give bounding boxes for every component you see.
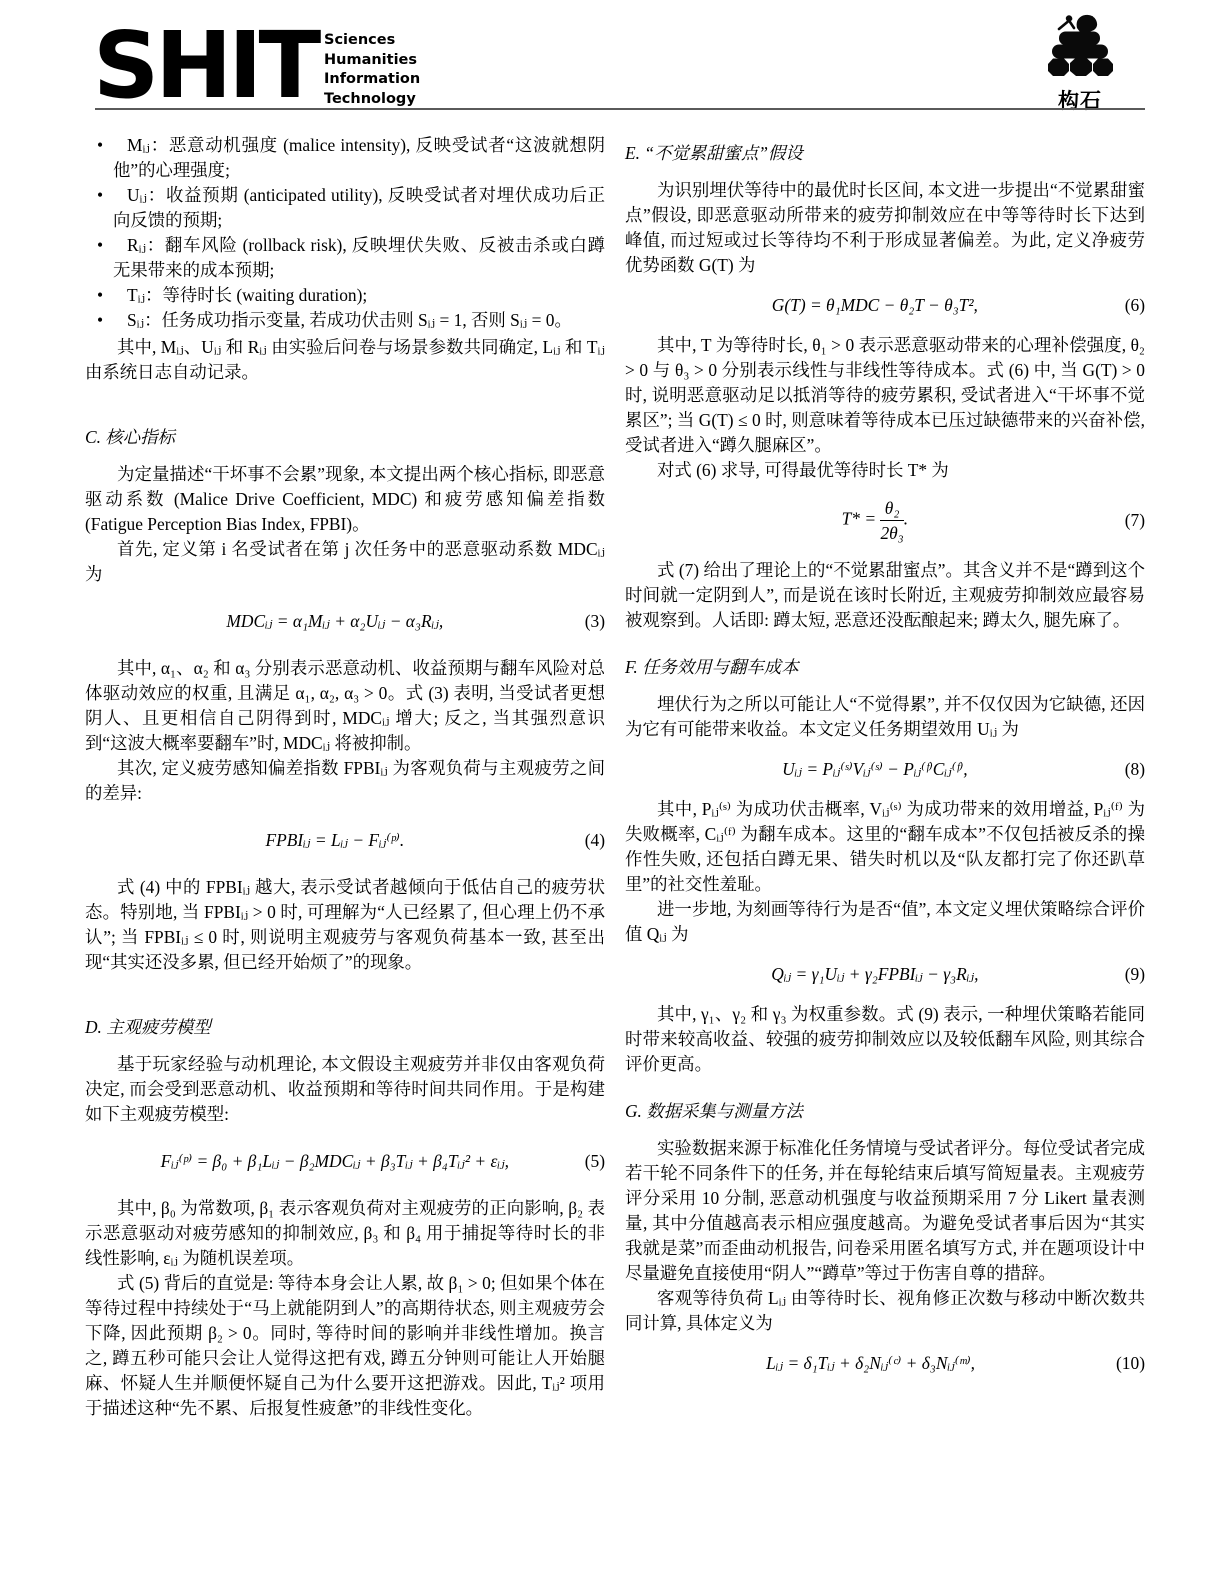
- equation-body: MDCᵢⱼ = α₁Mᵢⱼ + α₂Uᵢⱼ − α₃Rᵢⱼ,: [85, 609, 585, 634]
- paper-body: Mᵢⱼ：恶意动机强度 (malice intensity), 反映受试者“这波就…: [85, 133, 1145, 1421]
- paper-page: SHIT Sciences Humanities Information Tec…: [0, 0, 1224, 1584]
- column-right: E. “不觉累甜蜜点”假设 为识别埋伏等待中的最优时长区间, 本文进一步提出“不…: [625, 133, 1145, 1421]
- equation-number: (5): [585, 1149, 605, 1174]
- journal-subtitle-line: Sciences: [324, 31, 420, 51]
- paragraph: 式 (7) 给出了理论上的“不觉累甜蜜点”。其含义并不是“蹲到这个时间就一定阴到…: [625, 558, 1145, 633]
- equation-body: G(T) = θ₁MDC − θ₂T − θ₃T²,: [625, 293, 1125, 318]
- paragraph: 其中, γ₁、γ₂ 和 γ₃ 为权重参数。式 (9) 表示, 一种埋伏策略若能同…: [625, 1002, 1145, 1077]
- paragraph: 为识别埋伏等待中的最优时长区间, 本文进一步提出“不觉累甜蜜点”假设, 即恶意驱…: [625, 178, 1145, 278]
- journal-subtitle: Sciences Humanities Information Technolo…: [324, 31, 420, 109]
- equation-body: Qᵢⱼ = γ₁Uᵢⱼ + γ₂FPBIᵢⱼ − γ₃Rᵢⱼ,: [625, 962, 1125, 987]
- equation-number: (6): [1125, 293, 1145, 318]
- equation-number: (8): [1125, 757, 1145, 782]
- equation-body: Fᵢⱼ⁽ᵖ⁾ = β₀ + β₁Lᵢⱼ − β₂MDCᵢⱼ + β₃Tᵢⱼ + …: [85, 1149, 585, 1174]
- equation-3: MDCᵢⱼ = α₁Mᵢⱼ + α₂Uᵢⱼ − α₃Rᵢⱼ, (3): [85, 609, 605, 634]
- paragraph: 实验数据来源于标准化任务情境与受试者评分。每位受试者完成若干轮不同条件下的任务,…: [625, 1136, 1145, 1286]
- paragraph: 其次, 定义疲劳感知偏差指数 FPBIᵢⱼ 为客观负荷与主观疲劳之间的差异:: [85, 756, 605, 806]
- equation-10: Lᵢⱼ = δ₁Tᵢⱼ + δ₂Nᵢⱼ⁽ᶜ⁾ + δ₃Nᵢⱼ⁽ᵐ⁾, (10): [625, 1351, 1145, 1376]
- header-divider: [95, 108, 1145, 110]
- equation-9: Qᵢⱼ = γ₁Uᵢⱼ + γ₂FPBIᵢⱼ − γ₃Rᵢⱼ, (9): [625, 962, 1145, 987]
- equation-suffix: .: [904, 509, 908, 529]
- fraction: θ₂ 2θ₃: [880, 498, 903, 543]
- equation-8: Uᵢⱼ = Pᵢⱼ⁽ˢ⁾Vᵢⱼ⁽ˢ⁾ − Pᵢⱼ⁽ᶠ⁾Cᵢⱼ⁽ᶠ⁾, (8): [625, 757, 1145, 782]
- equation-body: T* = θ₂ 2θ₃ .: [625, 498, 1125, 543]
- bullet-item-sij: Sᵢⱼ：任务成功指示变量, 若成功伏击则 Sᵢⱼ = 1, 否则 Sᵢⱼ = 0…: [85, 308, 605, 333]
- fraction-denominator: 2θ₃: [880, 521, 903, 543]
- equation-number: (9): [1125, 962, 1145, 987]
- equation-6: G(T) = θ₁MDC − θ₂T − θ₃T², (6): [625, 293, 1145, 318]
- fraction-numerator: θ₂: [880, 498, 903, 521]
- bullet-item-tij: Tᵢⱼ：等待时长 (waiting duration);: [85, 283, 605, 308]
- equation-number: (7): [1125, 508, 1145, 533]
- equation-7: T* = θ₂ 2θ₃ . (7): [625, 498, 1145, 543]
- paragraph: 首先, 定义第 i 名受试者在第 j 次任务中的恶意驱动系数 MDCᵢⱼ 为: [85, 537, 605, 587]
- journal-subtitle-line: Technology: [324, 90, 420, 110]
- equation-4: FPBIᵢⱼ = Lᵢⱼ − Fᵢⱼ⁽ᵖ⁾. (4): [85, 828, 605, 853]
- paragraph: 基于玩家经验与动机理论, 本文假设主观疲劳并非仅由客观负荷决定, 而会受到恶意动…: [85, 1052, 605, 1127]
- equation-number: (4): [585, 828, 605, 853]
- bullet-item-uij: Uᵢⱼ：收益预期 (anticipated utility), 反映受试者对埋伏…: [85, 183, 605, 233]
- section-heading-c: C. 核心指标: [85, 425, 605, 450]
- paragraph: 式 (4) 中的 FPBIᵢⱼ 越大, 表示受试者越倾向于低估自己的疲劳状态。特…: [85, 875, 605, 975]
- equation-5: Fᵢⱼ⁽ᵖ⁾ = β₀ + β₁Lᵢⱼ − β₂MDCᵢⱼ + β₃Tᵢⱼ + …: [85, 1149, 605, 1174]
- paragraph: 对式 (6) 求导, 可得最优等待时长 T* 为: [625, 458, 1145, 483]
- bullet-item-mij: Mᵢⱼ：恶意动机强度 (malice intensity), 反映受试者“这波就…: [85, 133, 605, 183]
- paragraph: 进一步地, 为刻画等待行为是否“值”, 本文定义埋伏策略综合评价值 Qᵢⱼ 为: [625, 897, 1145, 947]
- equation-body: Uᵢⱼ = Pᵢⱼ⁽ˢ⁾Vᵢⱼ⁽ˢ⁾ − Pᵢⱼ⁽ᶠ⁾Cᵢⱼ⁽ᶠ⁾,: [625, 757, 1125, 782]
- stone-pile-icon: [1042, 14, 1118, 84]
- paragraph: 为定量描述“干坏事不会累”现象, 本文提出两个核心指标, 即恶意驱动系数 (Ma…: [85, 462, 605, 537]
- paragraph: 埋伏行为之所以可能让人“不觉得累”, 并不仅仅因为它缺德, 还因为它有可能带来收…: [625, 692, 1145, 742]
- section-heading-g: G. 数据采集与测量方法: [625, 1099, 1145, 1124]
- equation-body: FPBIᵢⱼ = Lᵢⱼ − Fᵢⱼ⁽ᵖ⁾.: [85, 828, 585, 853]
- section-heading-e: E. “不觉累甜蜜点”假设: [625, 141, 1145, 166]
- equation-number: (10): [1116, 1351, 1145, 1376]
- org-logo: 构石: [1042, 14, 1118, 115]
- equation-number: (3): [585, 609, 605, 634]
- section-heading-f: F. 任务效用与翻车成本: [625, 655, 1145, 680]
- paragraph: 其中, T 为等待时长, θ₁ > 0 表示恶意驱动带来的心理补偿强度, θ₂ …: [625, 333, 1145, 458]
- column-left: Mᵢⱼ：恶意动机强度 (malice intensity), 反映受试者“这波就…: [85, 133, 605, 1421]
- journal-subtitle-line: Humanities: [324, 51, 420, 71]
- equation-body: Lᵢⱼ = δ₁Tᵢⱼ + δ₂Nᵢⱼ⁽ᶜ⁾ + δ₃Nᵢⱼ⁽ᵐ⁾,: [625, 1351, 1116, 1376]
- paragraph: 其中, Mᵢⱼ、Uᵢⱼ 和 Rᵢⱼ 由实验后问卷与场景参数共同确定, Lᵢⱼ 和…: [85, 335, 605, 385]
- paragraph: 式 (5) 背后的直觉是: 等待本身会让人累, 故 β₁ > 0; 但如果个体在…: [85, 1271, 605, 1421]
- paragraph: 客观等待负荷 Lᵢⱼ 由等待时长、视角修正次数与移动中断次数共同计算, 具体定义…: [625, 1286, 1145, 1336]
- equation-lhs: T* =: [842, 509, 876, 529]
- paragraph: 其中, Pᵢⱼ⁽ˢ⁾ 为成功伏击概率, Vᵢⱼ⁽ˢ⁾ 为成功带来的效用增益, P…: [625, 797, 1145, 897]
- section-heading-d: D. 主观疲劳模型: [85, 1015, 605, 1040]
- bullet-item-rij: Rᵢⱼ：翻车风险 (rollback risk), 反映埋伏失败、反被击杀或白蹲…: [85, 233, 605, 283]
- journal-logo-text: SHIT: [93, 20, 317, 112]
- journal-subtitle-line: Information: [324, 70, 420, 90]
- paragraph: 其中, α₁、α₂ 和 α₃ 分别表示恶意动机、收益预期与翻车风险对总体驱动效应…: [85, 656, 605, 756]
- org-logo-caption: 构石: [1042, 85, 1118, 115]
- symbol-bullet-list: Mᵢⱼ：恶意动机强度 (malice intensity), 反映受试者“这波就…: [85, 133, 605, 333]
- paragraph: 其中, β₀ 为常数项, β₁ 表示客观负荷对主观疲劳的正向影响, β₂ 表示恶…: [85, 1196, 605, 1271]
